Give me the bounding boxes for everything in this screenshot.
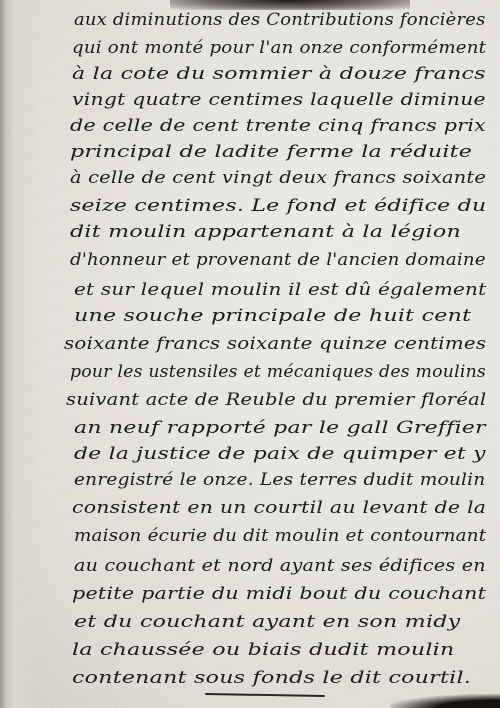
text-line-8: seize centimes. Le fond et édifice du [70,196,486,216]
text-line-20: maison écurie du dit moulin et contourna… [74,526,486,546]
text-line-24: la chaussée ou biais dudit moulin [72,640,455,660]
text-line-9: dit moulin appartenant à la légion [70,222,461,242]
closing-flourish [205,693,325,697]
text-line-10: d'honneur et provenant de l'ancien domai… [70,250,486,270]
text-line-12: une souche principale de huit cent [74,306,471,326]
text-line-4: vingt quatre centimes laquelle diminue [72,90,486,110]
text-line-5: de celle de cent trente cinq francs prix [70,116,486,136]
handwritten-text-block: aux diminutions des Contributions fonciè… [0,0,500,708]
text-line-2: qui ont monté pour l'an onze conformémen… [72,38,486,58]
manuscript-page: aux diminutions des Contributions fonciè… [0,0,500,708]
text-line-19: consistent en un courtil au levant de la [72,498,486,518]
text-line-13: soixante francs soixante quinze centimes [64,334,486,354]
text-line-23: et du couchant ayant en son midy [74,612,460,632]
text-line-14: pour les ustensiles et mécaniques des mo… [70,362,486,382]
text-line-15: suivant acte de Reuble du premier floréa… [66,390,486,410]
text-line-25: contenant sous fonds le dit courtil. [72,668,471,688]
text-line-6: principal de ladite ferme la réduite [70,142,472,162]
scan-shadow-top [170,0,410,10]
scan-shadow-corner [390,694,500,708]
text-line-22: petite partie du midi bout du couchant [72,584,486,604]
text-line-16: an neuf rapporté par le gall Greffier [74,418,486,438]
text-line-7: à celle de cent vingt deux francs soixan… [70,168,486,188]
text-line-1: aux diminutions des Contributions fonciè… [74,10,485,30]
text-line-17: de la justice de paix de quimper et y [74,444,486,464]
text-line-21: au couchant et nord ayant ses édifices e… [74,556,486,576]
text-line-18: enregistré le onze. Les terres dudit mou… [74,470,485,490]
text-line-11: et sur lequel moulin il est dû également [74,280,486,300]
text-line-3: à la cote du sommier à douze francs [72,64,486,84]
